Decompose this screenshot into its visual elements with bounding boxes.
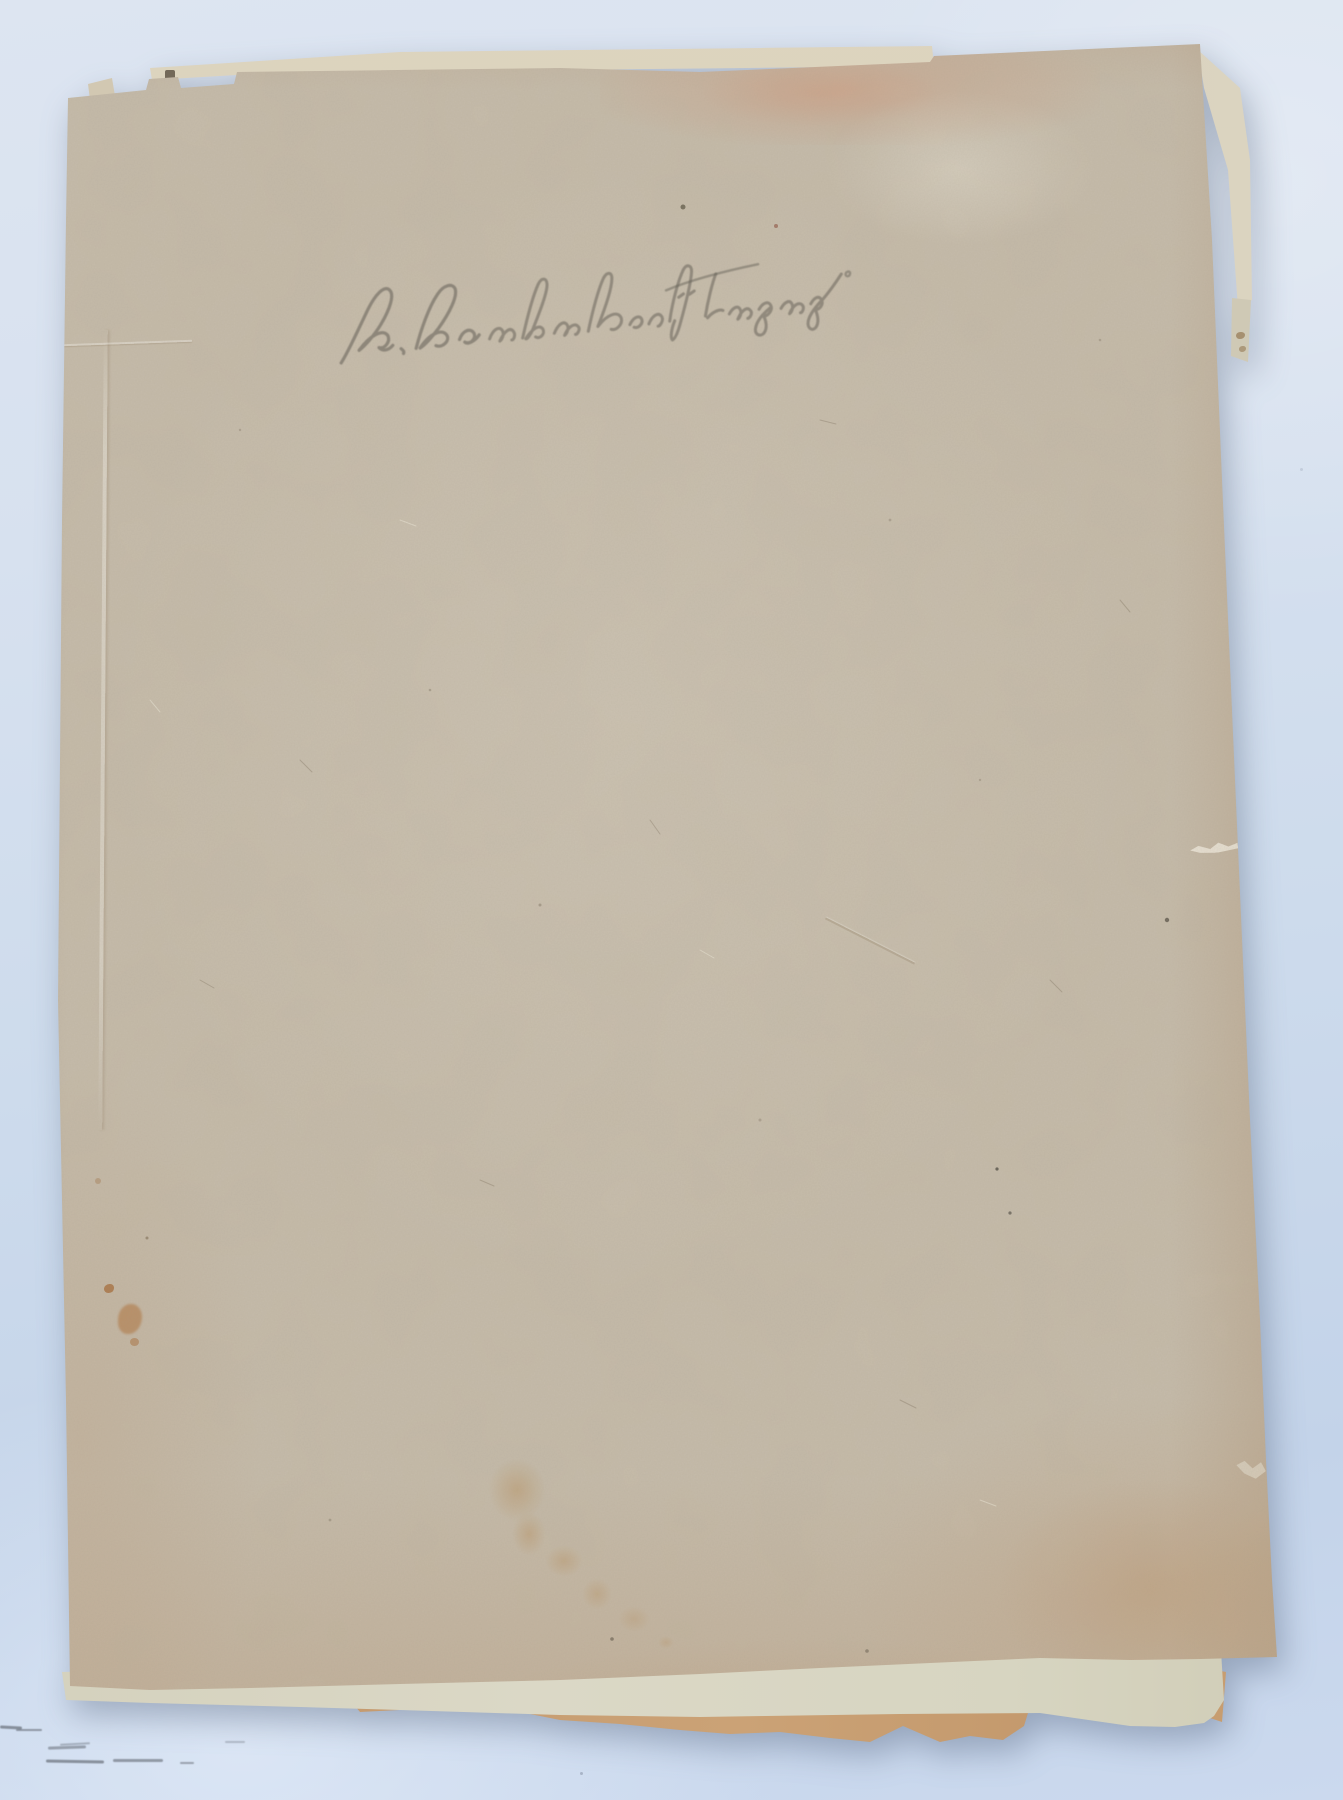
top-sheet — [0, 0, 1343, 1800]
fold-crease-horizontal — [62, 340, 192, 347]
stain-drip — [658, 1636, 674, 1649]
stain-drip — [512, 1512, 546, 1556]
fold-crease-vertical — [98, 330, 108, 1130]
foxing-fleck — [1236, 332, 1245, 339]
edge-tear — [1235, 1458, 1267, 1480]
crease-diagonal — [825, 917, 915, 964]
light-patch — [820, 88, 1100, 248]
paper-stack — [0, 0, 1343, 1800]
edge-tear — [1190, 840, 1239, 856]
stain-drip — [488, 1458, 546, 1522]
stain-rust-spot — [130, 1338, 139, 1346]
stain-pink-top — [700, 58, 940, 128]
stain-drip — [545, 1545, 583, 1577]
stain-rust-spot — [104, 1284, 114, 1293]
foxing-fleck — [1239, 346, 1246, 352]
stain-rust-spot — [118, 1304, 142, 1334]
pencil-inscription — [330, 255, 875, 373]
stain-drip — [618, 1606, 650, 1632]
stain-drip — [582, 1578, 612, 1610]
stain-rust-spot — [95, 1178, 101, 1184]
photo-scene — [0, 0, 1343, 1800]
